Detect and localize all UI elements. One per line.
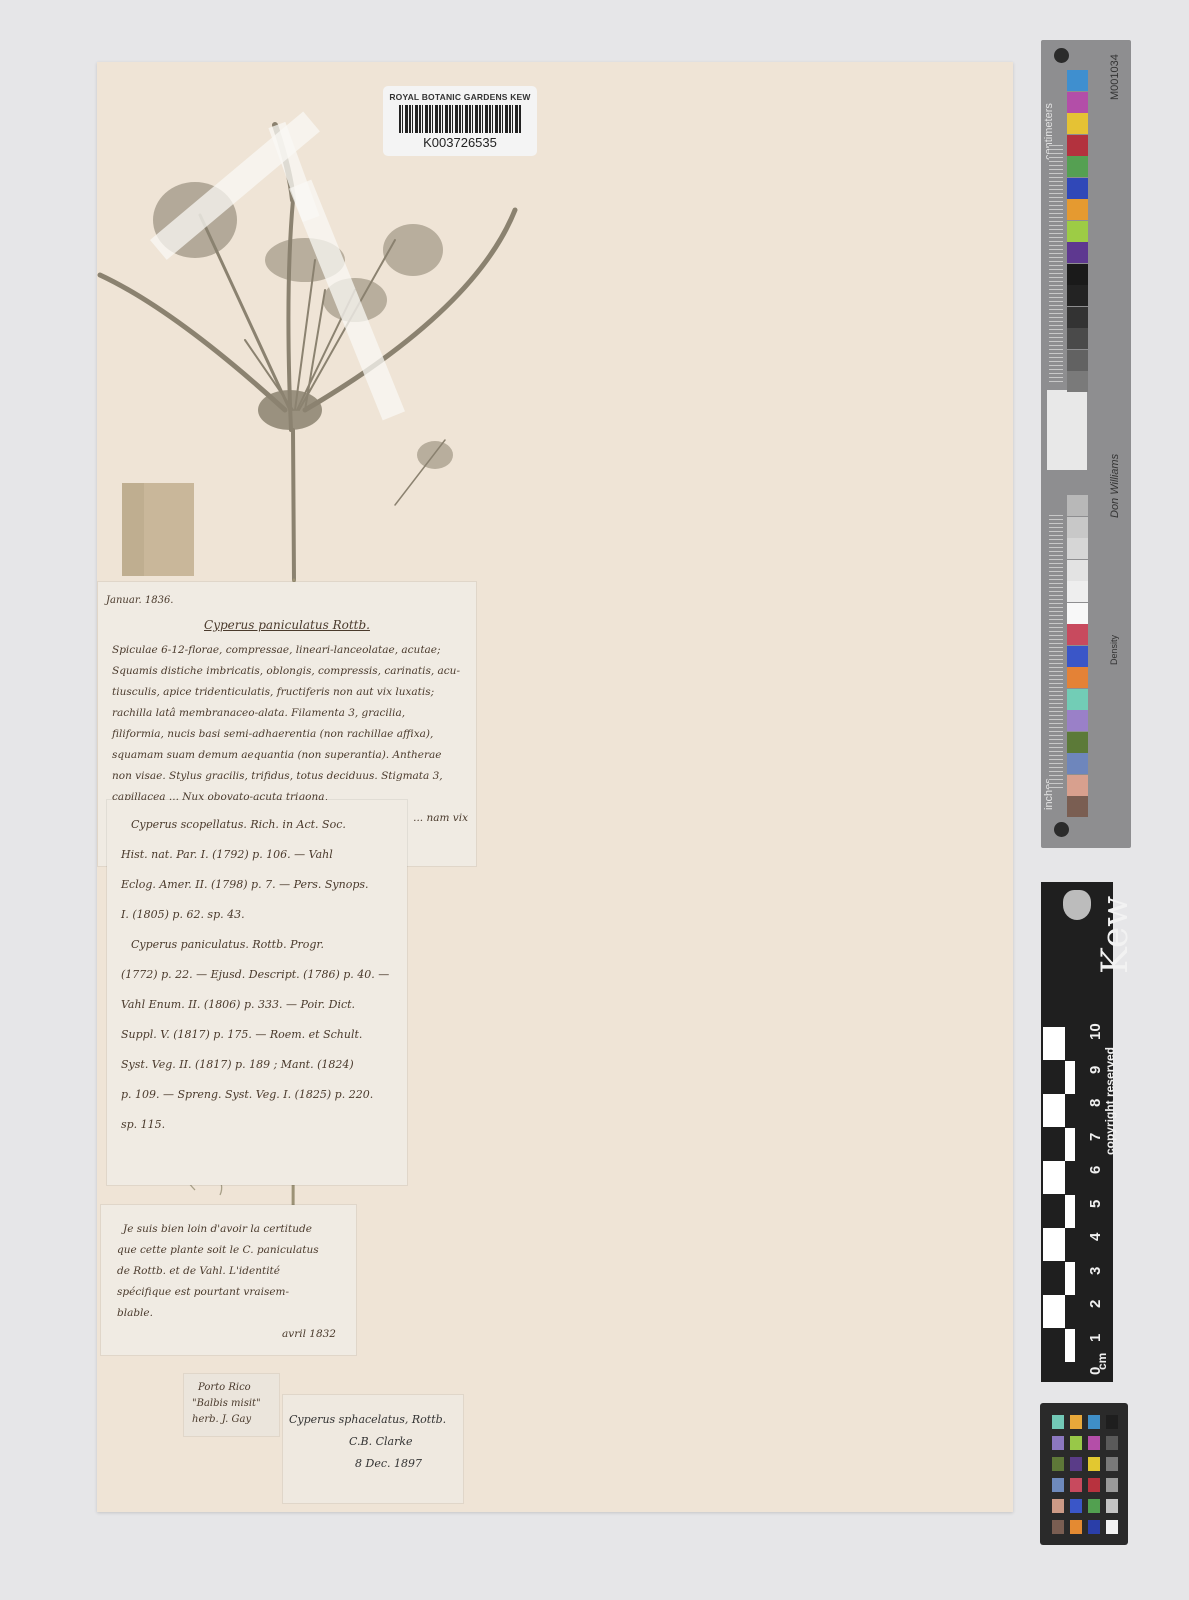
- color-patch: [1067, 328, 1088, 349]
- chart-id: M001034: [1109, 54, 1121, 100]
- checker-patch: [1106, 1499, 1118, 1513]
- scale-number: 6: [1087, 1166, 1104, 1174]
- density-label: Density: [1109, 635, 1119, 665]
- color-patch: [1067, 178, 1088, 199]
- checker-patch: [1070, 1457, 1082, 1471]
- label-line: que cette plante soit le C. paniculatus: [117, 1240, 356, 1261]
- label-line: blable.: [117, 1303, 356, 1324]
- color-patch: [1067, 92, 1088, 113]
- label-line: filiformia, nucis basi semi-adhaerentia …: [112, 724, 468, 745]
- color-calibration-bar: centimeters inches M001034 Don Williams …: [1041, 40, 1131, 848]
- determination-label: Cyperus sphacelatus, Rottb. C.B. Clarke …: [283, 1395, 463, 1503]
- label-line: Syst. Veg. II. (1817) p. 189 ; Mant. (18…: [121, 1050, 407, 1080]
- color-patch: [1067, 242, 1088, 263]
- scale-segment: [1065, 1329, 1075, 1362]
- color-patch: [1067, 581, 1088, 602]
- inch-ruler: [1049, 515, 1063, 790]
- color-patch: [1067, 538, 1088, 559]
- label-line: non visae. Stylus gracilis, trifidus, to…: [112, 766, 468, 787]
- checker-patch: [1106, 1436, 1118, 1450]
- label-line: herb. J. Gay: [192, 1412, 279, 1428]
- scale-segment: [1065, 1061, 1075, 1094]
- resolution-target: [1047, 390, 1087, 470]
- registration-dot: [1054, 822, 1069, 837]
- color-patch: [1067, 199, 1088, 220]
- color-patch: [1067, 646, 1088, 667]
- label-line: Je suis bien loin d'avoir la certitude: [117, 1219, 356, 1240]
- kew-crest-icon: [1063, 890, 1091, 920]
- scale-number: 4: [1087, 1233, 1104, 1241]
- color-patch: [1067, 667, 1088, 688]
- label-line: Suppl. V. (1817) p. 175. — Roem. et Schu…: [121, 1020, 407, 1050]
- color-patch: [1067, 285, 1088, 306]
- barcode-number: K003726535: [383, 135, 537, 150]
- color-patch: [1067, 603, 1088, 624]
- scale-number: 3: [1087, 1266, 1104, 1274]
- scale-segment: [1043, 1094, 1065, 1127]
- label-line: rachilla latâ membranaceo-alata. Filamen…: [112, 703, 468, 724]
- scale-segment: [1043, 1228, 1065, 1261]
- label-line: Squamis distiche imbricatis, oblongis, c…: [112, 661, 468, 682]
- label-line: Cyperus sphacelatus, Rottb.: [289, 1409, 463, 1431]
- checker-patch: [1052, 1499, 1064, 1513]
- scale-segment: [1043, 1295, 1065, 1328]
- color-patch: [1067, 135, 1088, 156]
- color-patch: [1067, 775, 1088, 796]
- synonymy-label: Cyperus scopellatus. Rich. in Act. Soc. …: [107, 800, 407, 1185]
- checker-patch: [1052, 1478, 1064, 1492]
- label-signature: avril 1832: [117, 1324, 356, 1345]
- checker-patch: [1052, 1457, 1064, 1471]
- copyright-text: copyright reserved: [1103, 1047, 1117, 1155]
- scale-number: 1: [1087, 1333, 1104, 1341]
- color-patch: [1067, 264, 1088, 285]
- color-patch: [1067, 732, 1088, 753]
- color-patch: [1067, 560, 1088, 581]
- color-patch: [1067, 156, 1088, 177]
- checker-patch: [1070, 1415, 1082, 1429]
- checker-patch: [1106, 1478, 1118, 1492]
- color-patch: [1067, 689, 1088, 710]
- checker-patch: [1088, 1478, 1100, 1492]
- label-line: Vahl Enum. II. (1806) p. 333. — Poir. Di…: [121, 990, 407, 1020]
- color-checker-card: [1040, 1403, 1128, 1545]
- scale-segment: [1065, 1128, 1075, 1161]
- scale-number: 2: [1087, 1300, 1104, 1308]
- label-line: Cyperus scopellatus. Rich. in Act. Soc.: [121, 810, 407, 840]
- registration-dot: [1054, 48, 1069, 63]
- checker-patch: [1052, 1436, 1064, 1450]
- label-line: sp. 115.: [121, 1110, 407, 1140]
- checker-patch: [1088, 1457, 1100, 1471]
- color-patch: [1067, 517, 1088, 538]
- label-line: Cyperus paniculatus. Rottb. Progr.: [121, 930, 407, 960]
- chart-brand: Don Williams: [1109, 454, 1121, 518]
- label-line: squamam suam demum aequantia (non supera…: [112, 745, 468, 766]
- color-patch: [1067, 113, 1088, 134]
- color-patch: [1067, 371, 1088, 392]
- color-patch: [1067, 624, 1088, 645]
- barcode: [399, 105, 521, 133]
- scale-number: 8: [1087, 1099, 1104, 1107]
- kew-logo: Kew: [1095, 896, 1136, 974]
- scale-segment: [1065, 1195, 1075, 1228]
- label-date: Januar. 1836.: [98, 582, 476, 611]
- label-line: spécifique est pourtant vraisem-: [117, 1282, 356, 1303]
- scale-number: 9: [1087, 1065, 1104, 1073]
- label-line: 8 Dec. 1897: [289, 1453, 463, 1475]
- scale-segment: [1043, 1161, 1065, 1194]
- scale-number: 7: [1087, 1132, 1104, 1140]
- label-line: tiusculis, apice tridenticulatis, fructi…: [112, 682, 468, 703]
- color-patch: [1067, 307, 1088, 328]
- label-line: I. (1805) p. 62. sp. 43.: [121, 900, 407, 930]
- cm-ruler: [1049, 145, 1063, 385]
- checker-patch: [1088, 1499, 1100, 1513]
- scale-number: 5: [1087, 1199, 1104, 1207]
- checker-patch: [1070, 1436, 1082, 1450]
- scale-number: 0: [1087, 1367, 1104, 1375]
- label-title: Cyperus paniculatus Rottb.: [98, 615, 476, 636]
- checker-patch: [1052, 1520, 1064, 1534]
- label-line: Spiculae 6-12-florae, compressae, linear…: [112, 640, 468, 661]
- scale-segment: [1065, 1262, 1075, 1295]
- label-line: (1772) p. 22. — Ejusd. Descript. (1786) …: [121, 960, 407, 990]
- color-patch: [1067, 70, 1088, 91]
- checker-patch: [1070, 1478, 1082, 1492]
- locality-label: Porto Rico "Balbis misit" herb. J. Gay: [184, 1374, 279, 1436]
- color-patch: [1067, 350, 1088, 371]
- label-line: C.B. Clarke: [289, 1431, 463, 1453]
- scale-segment: [1043, 1027, 1065, 1060]
- label-line: Porto Rico: [192, 1380, 279, 1396]
- color-patch: [1067, 796, 1088, 817]
- checker-patch: [1088, 1436, 1100, 1450]
- scale-number: 10: [1087, 1023, 1104, 1040]
- label-line: Eclog. Amer. II. (1798) p. 7. — Pers. Sy…: [121, 870, 407, 900]
- fragment-packet: [122, 483, 194, 576]
- color-patch: [1067, 710, 1088, 731]
- kew-scale-bar: Kew copyright reserved cm 109876543210: [1041, 882, 1113, 1382]
- checker-patch: [1106, 1520, 1118, 1534]
- barcode-label: ROYAL BOTANIC GARDENS KEW K003726535: [383, 86, 537, 156]
- institution-name: ROYAL BOTANIC GARDENS KEW: [383, 92, 537, 102]
- label-line: "Balbis misit": [192, 1396, 279, 1412]
- checker-patch: [1106, 1457, 1118, 1471]
- checker-patch: [1052, 1415, 1064, 1429]
- checker-patch: [1070, 1499, 1082, 1513]
- note-label: Je suis bien loin d'avoir la certitude q…: [101, 1205, 356, 1355]
- checker-patch: [1088, 1415, 1100, 1429]
- label-line: de Rottb. et de Vahl. L'identité: [117, 1261, 356, 1282]
- color-patch: [1067, 495, 1088, 516]
- checker-patch: [1106, 1415, 1118, 1429]
- checker-patch: [1088, 1520, 1100, 1534]
- color-patch: [1067, 221, 1088, 242]
- checker-patch: [1070, 1520, 1082, 1534]
- label-line: Hist. nat. Par. I. (1792) p. 106. — Vahl: [121, 840, 407, 870]
- label-line: p. 109. — Spreng. Syst. Veg. I. (1825) p…: [121, 1080, 407, 1110]
- color-patch: [1067, 753, 1088, 774]
